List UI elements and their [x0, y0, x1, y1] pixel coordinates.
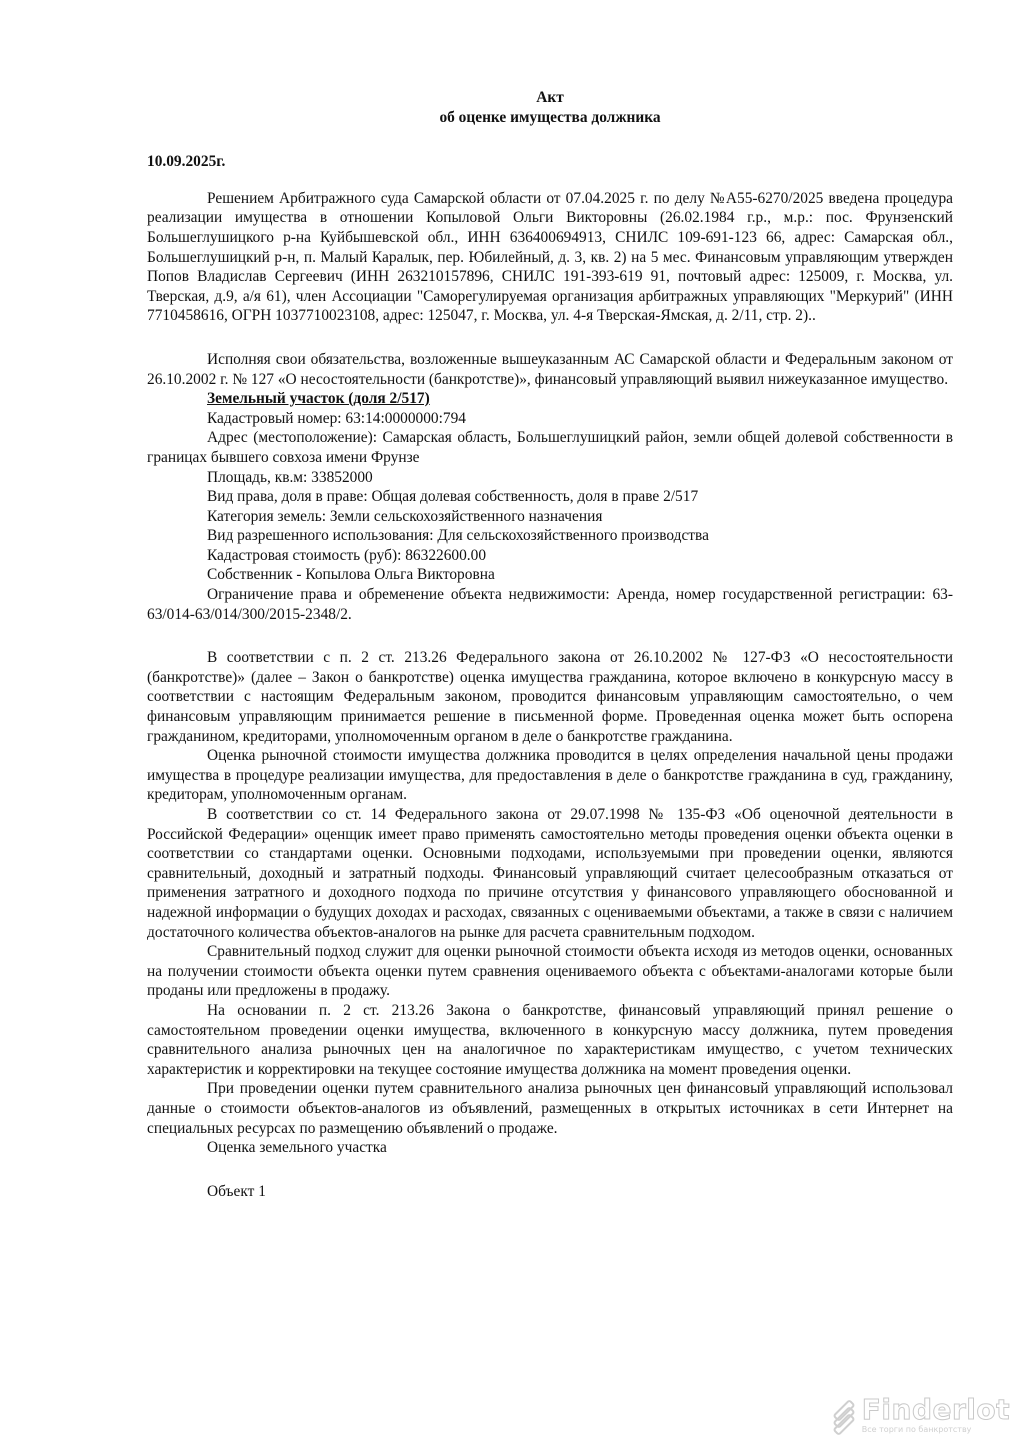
paragraph-valuation-purpose: Оценка рыночной стоимости имущества долж… — [147, 746, 953, 805]
watermark-brand: Finderlot — [862, 1396, 1010, 1424]
property-heading: Земельный участок (доля 2/517) — [147, 389, 953, 409]
duties-paragraph: Исполняя свои обязательства, возложенные… — [147, 350, 953, 389]
intro-paragraph: Решением Арбитражного суда Самарской обл… — [147, 189, 953, 326]
paragraph-comparative-approach: Сравнительный подход служит для оценки р… — [147, 942, 953, 1001]
document-subtitle: об оценке имущества должника — [147, 108, 953, 128]
paragraph-data-sources: При проведении оценки путем сравнительно… — [147, 1079, 953, 1138]
object-label: Объект 1 — [147, 1182, 953, 1202]
watermark: Finderlot Все торги по банкротству — [830, 1396, 1010, 1434]
property-heading-text: Земельный участок (доля 2/517) — [207, 390, 430, 407]
property-permitted-use: Вид разрешенного использования: Для сель… — [147, 526, 953, 546]
property-encumbrance: Ограничение права и обременение объекта … — [147, 585, 953, 624]
property-right-type: Вид права, доля в праве: Общая долевая с… — [147, 487, 953, 507]
document-page: Акт об оценке имущества должника 10.09.2… — [147, 84, 953, 1201]
finderlot-logo-icon — [830, 1402, 856, 1428]
property-cadastral-number: Кадастровый номер: 63:14:0000000:794 — [147, 409, 953, 429]
paragraph-valuation-methods: В соответствии со ст. 14 Федерального за… — [147, 805, 953, 942]
property-address: Адрес (местоположение): Самарская област… — [147, 428, 953, 467]
property-owner: Собственник - Копылова Ольга Викторовна — [147, 565, 953, 585]
watermark-tagline: Все торги по банкротству — [862, 1426, 1010, 1434]
document-title: Акт — [147, 88, 953, 108]
land-valuation-label: Оценка земельного участка — [147, 1138, 953, 1158]
paragraph-decision: На основании п. 2 ст. 213.26 Закона о ба… — [147, 1001, 953, 1079]
property-land-category: Категория земель: Земли сельскохозяйстве… — [147, 507, 953, 527]
property-area: Площадь, кв.м: 33852000 — [147, 468, 953, 488]
property-cadastral-value: Кадастровая стоимость (руб): 86322600.00 — [147, 546, 953, 566]
document-date: 10.09.2025г. — [147, 152, 953, 172]
paragraph-valuation-law: В соответствии с п. 2 ст. 213.26 Федерал… — [147, 648, 953, 746]
